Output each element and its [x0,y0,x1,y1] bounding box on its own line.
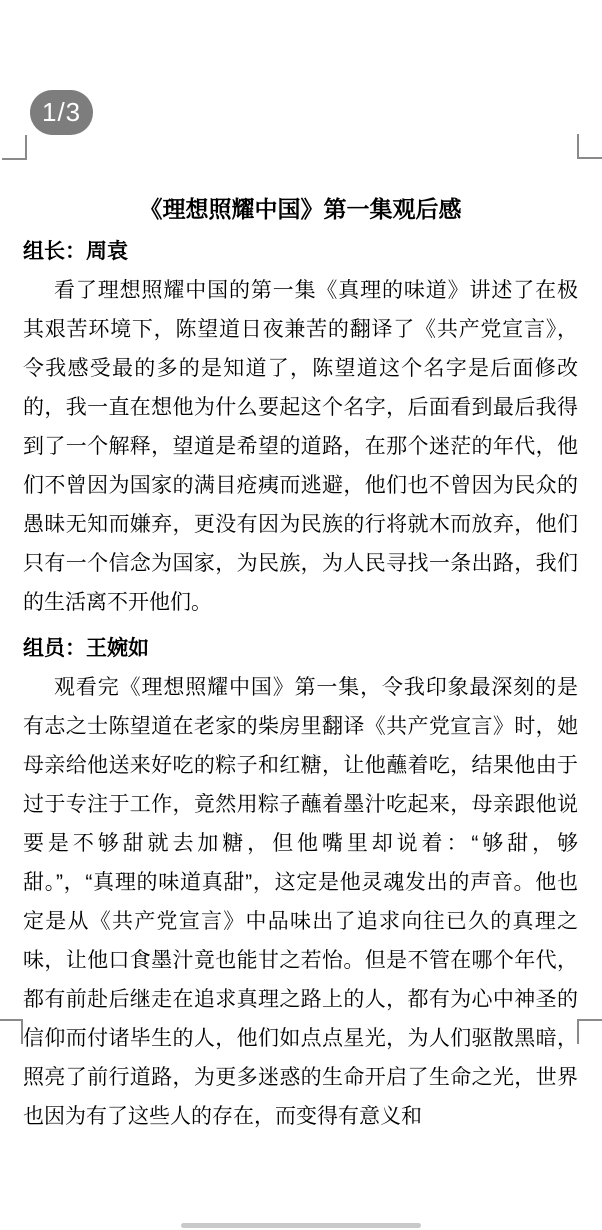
section-heading-group-leader: 组长：周袁 [23,232,578,271]
text-boundary-mark-top-right [577,134,602,159]
paragraph-group-member: 观看完《理想照耀中国》第一集，令我印象最深刻的是有志之士陈望道在老家的柴房里翻译… [23,668,578,1136]
section-heading-group-member: 组员：王婉如 [23,629,578,668]
text-boundary-mark-bottom-left [0,1019,23,1044]
paragraph-group-leader: 看了理想照耀中国的第一集《真理的味道》讲述了在极其艰苦环境下，陈望道日夜兼苦的翻… [23,271,578,622]
document-viewer[interactable]: 1/3 《理想照耀中国》第一集观后感 组长：周袁 看了理想照耀中国的第一集《真理… [0,0,602,1230]
document-title: 《理想照耀中国》第一集观后感 [23,193,578,225]
text-boundary-mark-bottom-right [577,1019,602,1044]
document-page: 《理想照耀中国》第一集观后感 组长：周袁 看了理想照耀中国的第一集《真理的味道》… [23,0,578,1136]
home-indicator-bar[interactable] [181,1223,421,1228]
